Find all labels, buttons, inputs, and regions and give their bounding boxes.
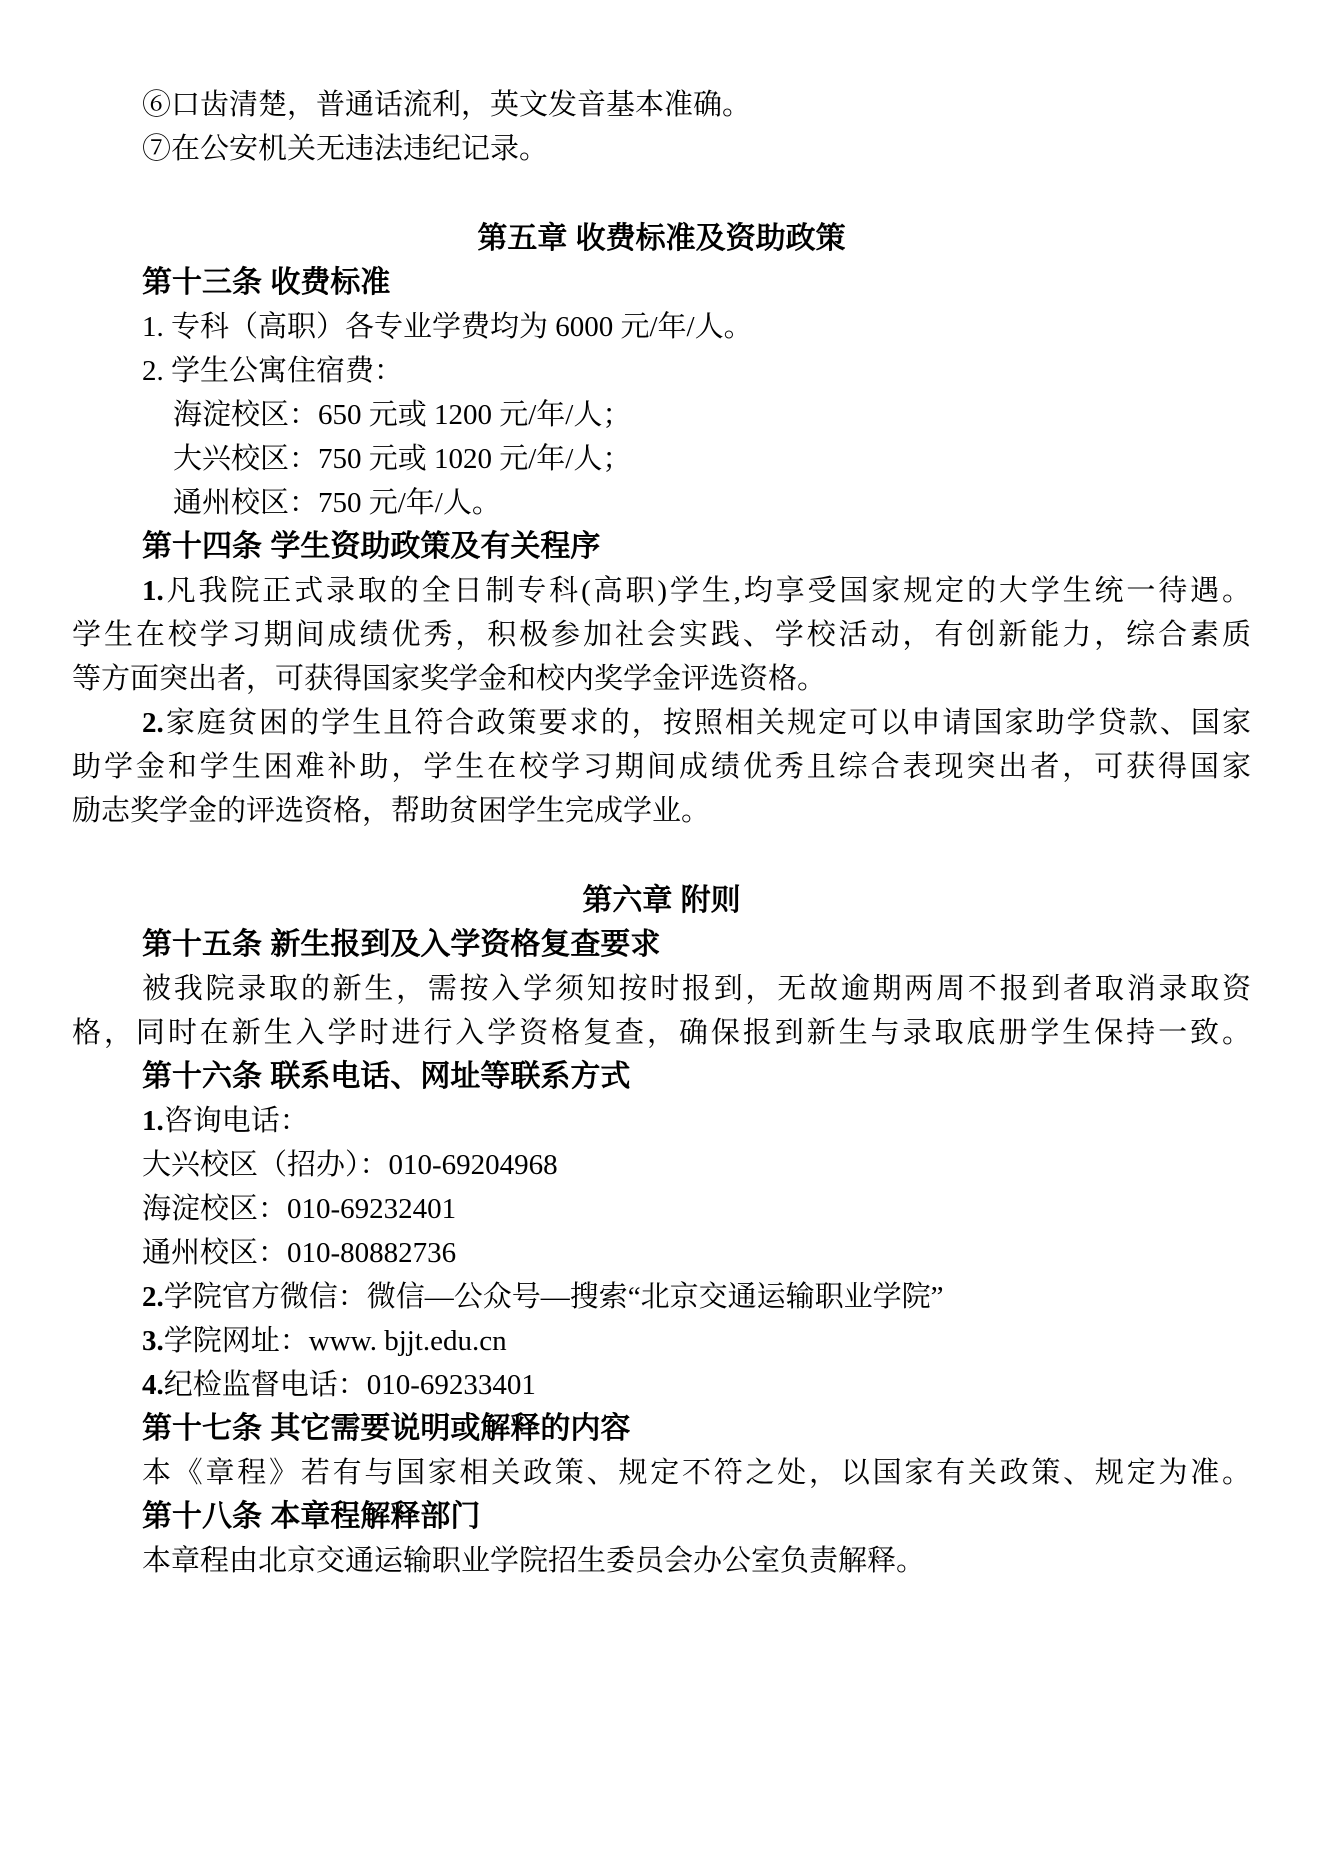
text-run: 通州校区：010-80882736 [142, 1237, 456, 1269]
blank-line [72, 833, 1251, 879]
paragraph-line: 通州校区：750 元/年/人。 [72, 481, 1251, 525]
text-run: 1. 专科（高职）各专业学费均为 6000 元/年/人。 [142, 311, 753, 343]
paragraph-line: ⑥口齿清楚，普通话流利，英文发音基本准确。 [72, 83, 1251, 127]
text-run: 海淀校区：650 元或 1200 元/年/人； [173, 399, 631, 431]
text-run: 家庭贫困的学生且符合政策要求的，按照相关规定可以申请国家助学贷款、国家 [164, 707, 1251, 739]
text-run: 励志奖学金的评选资格，帮助贫困学生完成学业。 [72, 795, 710, 827]
chapter-heading: 第六章 附则 [72, 879, 1251, 923]
text-run: 本《章程》若有与国家相关政策、规定不符之处，以国家有关政策、规定为准。 [142, 1457, 1251, 1489]
text-run: 1. [142, 1105, 164, 1137]
paragraph-line: 2.家庭贫困的学生且符合政策要求的，按照相关规定可以申请国家助学贷款、国家 [72, 701, 1251, 745]
text-run: 第十七条 其它需要说明或解释的内容 [142, 1412, 630, 1445]
text-run: 1. [142, 575, 164, 607]
article-heading: 第十四条 学生资助政策及有关程序 [72, 525, 1251, 569]
paragraph-line: 被我院录取的新生，需按入学须知按时报到，无故逾期两周不报到者取消录取资 [72, 967, 1251, 1011]
paragraph-line: 本《章程》若有与国家相关政策、规定不符之处，以国家有关政策、规定为准。 [72, 1451, 1251, 1495]
text-run: 第五章 收费标准及资助政策 [477, 222, 845, 255]
text-run: 2. [142, 1281, 164, 1313]
text-run: 海淀校区：010-69232401 [142, 1193, 456, 1225]
text-run: 2. [142, 707, 164, 739]
text-run: 第十五条 新生报到及入学资格复查要求 [142, 928, 660, 961]
text-run: 第十六条 联系电话、网址等联系方式 [142, 1060, 630, 1093]
paragraph-line: 格，同时在新生入学时进行入学资格复查，确保报到新生与录取底册学生保持一致。 [72, 1011, 1251, 1055]
paragraph-line: 助学金和学生困难补助，学生在校学习期间成绩优秀且综合表现突出者，可获得国家 [72, 745, 1251, 789]
text-run: 凡我院正式录取的全日制专科(高职)学生,均享受国家规定的大学生统一待遇。 [164, 575, 1251, 607]
text-run: 等方面突出者，可获得国家奖学金和校内奖学金评选资格。 [72, 663, 826, 695]
document-page: ⑥口齿清楚，普通话流利，英文发音基本准确。⑦在公安机关无违法违纪记录。第五章 收… [0, 0, 1323, 1871]
chapter-heading: 第五章 收费标准及资助政策 [72, 217, 1251, 261]
text-run: 第十八条 本章程解释部门 [142, 1500, 480, 1533]
paragraph-line: 励志奖学金的评选资格，帮助贫困学生完成学业。 [72, 789, 1251, 833]
text-run: 4. [142, 1369, 164, 1401]
paragraph-line: 1.咨询电话： [72, 1099, 1251, 1143]
text-run: 本章程由北京交通运输职业学院招生委员会办公室负责解释。 [142, 1545, 925, 1577]
text-run: 2. 学生公寓住宿费： [142, 355, 403, 387]
text-run: 被我院录取的新生，需按入学须知按时报到，无故逾期两周不报到者取消录取资 [142, 973, 1251, 1005]
blank-line [72, 171, 1251, 217]
paragraph-line: 大兴校区：750 元或 1020 元/年/人； [72, 437, 1251, 481]
article-heading: 第十六条 联系电话、网址等联系方式 [72, 1055, 1251, 1099]
paragraph-line: 大兴校区（招办）：010-69204968 [72, 1143, 1251, 1187]
text-run: 咨询电话： [164, 1105, 309, 1137]
paragraph-line: 4.纪检监督电话：010-69233401 [72, 1363, 1251, 1407]
paragraph-line: 学生在校学习期间成绩优秀，积极参加社会实践、学校活动，有创新能力，综合素质 [72, 613, 1251, 657]
text-run: 第十四条 学生资助政策及有关程序 [142, 530, 600, 563]
paragraph-line: 2. 学生公寓住宿费： [72, 349, 1251, 393]
article-heading: 第十三条 收费标准 [72, 261, 1251, 305]
text-run: 学院网址：www. bjjt.edu.cn [164, 1325, 507, 1357]
article-heading: 第十七条 其它需要说明或解释的内容 [72, 1407, 1251, 1451]
text-run: ⑥口齿清楚，普通话流利，英文发音基本准确。 [142, 89, 751, 121]
text-run: 第十三条 收费标准 [142, 266, 390, 299]
text-run: 大兴校区（招办）：010-69204968 [142, 1149, 558, 1181]
text-run: 学院官方微信：微信—公众号—搜索“北京交通运输职业学院” [164, 1281, 944, 1313]
text-run: 通州校区：750 元/年/人。 [173, 487, 501, 519]
paragraph-line: 通州校区：010-80882736 [72, 1231, 1251, 1275]
paragraph-line: 海淀校区：650 元或 1200 元/年/人； [72, 393, 1251, 437]
text-run: 第六章 附则 [582, 884, 740, 917]
text-run: 格，同时在新生入学时进行入学资格复查，确保报到新生与录取底册学生保持一致。 [72, 1017, 1251, 1049]
paragraph-line: 本章程由北京交通运输职业学院招生委员会办公室负责解释。 [72, 1539, 1251, 1583]
text-run: 纪检监督电话：010-69233401 [164, 1369, 536, 1401]
article-heading: 第十八条 本章程解释部门 [72, 1495, 1251, 1539]
paragraph-line: 3.学院网址：www. bjjt.edu.cn [72, 1319, 1251, 1363]
text-run: 大兴校区：750 元或 1020 元/年/人； [173, 443, 631, 475]
paragraph-line: 等方面突出者，可获得国家奖学金和校内奖学金评选资格。 [72, 657, 1251, 701]
article-heading: 第十五条 新生报到及入学资格复查要求 [72, 923, 1251, 967]
text-run: 3. [142, 1325, 164, 1357]
paragraph-line: 1. 专科（高职）各专业学费均为 6000 元/年/人。 [72, 305, 1251, 349]
text-run: 学生在校学习期间成绩优秀，积极参加社会实践、学校活动，有创新能力，综合素质 [72, 619, 1251, 651]
paragraph-line: ⑦在公安机关无违法违纪记录。 [72, 127, 1251, 171]
paragraph-line: 1.凡我院正式录取的全日制专科(高职)学生,均享受国家规定的大学生统一待遇。 [72, 569, 1251, 613]
text-run: ⑦在公安机关无违法违纪记录。 [142, 133, 548, 165]
paragraph-line: 海淀校区：010-69232401 [72, 1187, 1251, 1231]
text-run: 助学金和学生困难补助，学生在校学习期间成绩优秀且综合表现突出者，可获得国家 [72, 751, 1251, 783]
paragraph-line: 2.学院官方微信：微信—公众号—搜索“北京交通运输职业学院” [72, 1275, 1251, 1319]
